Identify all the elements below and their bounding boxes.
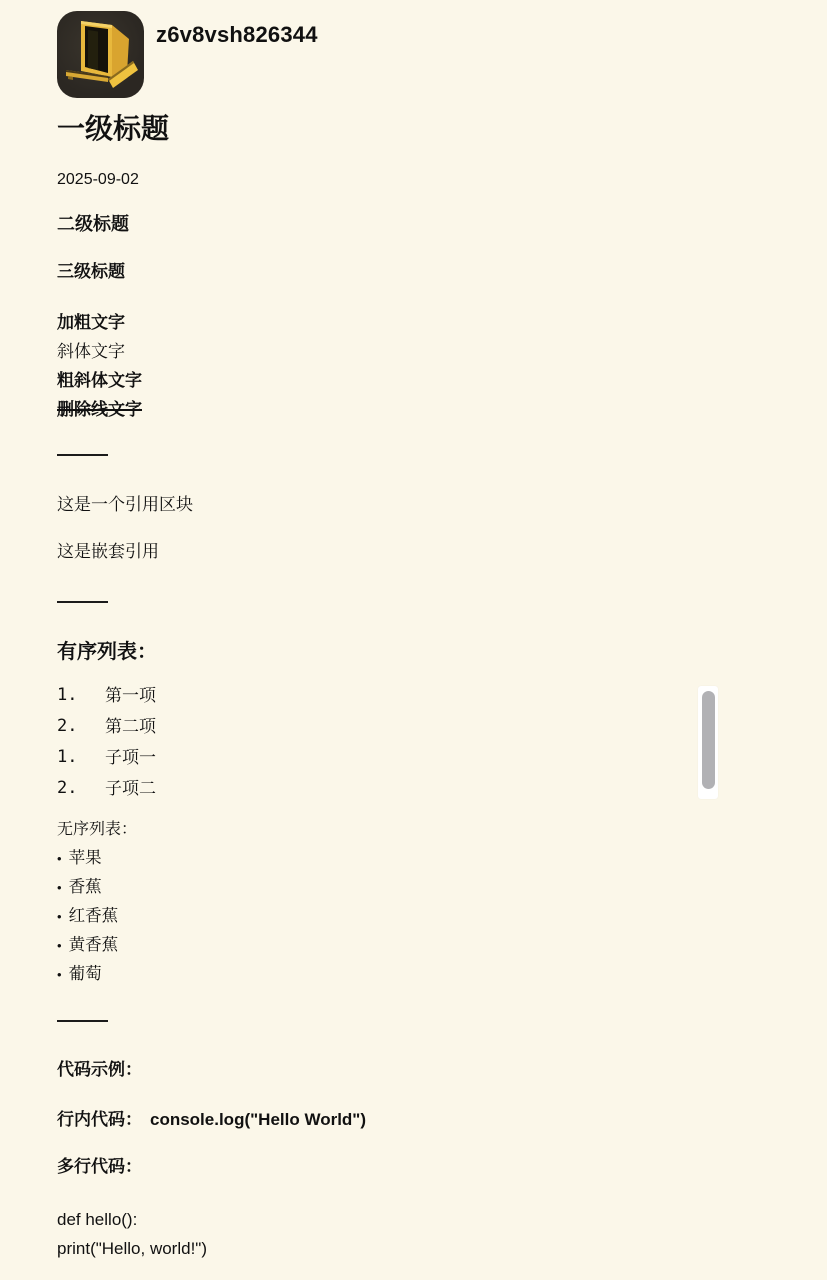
blockquote-line: 这是一个引用区块 — [57, 493, 770, 517]
list-item: • 苹果 — [57, 844, 770, 873]
bullet-icon: • — [57, 873, 62, 902]
code-section-heading: 代码示例： — [57, 1058, 770, 1082]
retro-computer-icon-art — [57, 11, 144, 98]
heading-level-2: 二级标题 — [57, 212, 770, 236]
horizontal-rule — [57, 1020, 108, 1022]
text-styles-block: 加粗文字 斜体文字 粗斜体文字 删除线文字 — [57, 308, 770, 424]
list-item-text: 子项一 — [105, 742, 156, 773]
bold-text: 加粗文字 — [57, 308, 770, 337]
inline-code-line: 行内代码：console.log("Hello World") — [57, 1108, 770, 1132]
unordered-list: • 苹果 • 香蕉 • 红香蕉 • 黄香蕉 • 葡萄 — [57, 844, 770, 989]
horizontal-rule — [57, 454, 108, 456]
list-item-text: 第二项 — [105, 711, 156, 742]
ordered-list-heading: 有序列表： — [57, 638, 770, 666]
code-block: def hello(): print("Hello, world!") — [57, 1205, 770, 1263]
note-header: z6v8vsh826344 — [57, 11, 770, 98]
date-text: 2025-09-02 — [57, 170, 770, 190]
inline-code-label: 行内代码： — [57, 1110, 142, 1129]
list-item-marker: 2. — [57, 711, 105, 742]
list-item-marker: 2. — [57, 773, 105, 804]
list-item: • 黄香蕉 — [57, 931, 770, 960]
list-item-text: 黄香蕉 — [69, 931, 119, 960]
list-item: • 红香蕉 — [57, 902, 770, 931]
italic-text: 斜体文字 — [57, 337, 770, 366]
heading-level-3: 三级标题 — [57, 260, 770, 284]
list-item-text: 子项二 — [105, 773, 156, 804]
list-item: • 香蕉 — [57, 873, 770, 902]
list-item-text: 葡萄 — [69, 960, 102, 989]
unordered-list-heading: 无序列表： — [57, 815, 770, 844]
horizontal-rule — [57, 601, 108, 603]
list-item: 1. 第一项 — [57, 680, 770, 711]
strikethrough-text: 删除线文字 — [57, 395, 770, 424]
bullet-icon: • — [57, 844, 62, 873]
list-item-marker: 1. — [57, 742, 105, 773]
bullet-icon: • — [57, 902, 62, 931]
list-item: • 葡萄 — [57, 960, 770, 989]
scrollbar-track[interactable] — [698, 686, 718, 799]
page-title: z6v8vsh826344 — [156, 21, 318, 49]
heading-level-1: 一级标题 — [57, 112, 770, 146]
list-item-text: 红香蕉 — [69, 902, 119, 931]
inline-code-text: console.log("Hello World") — [150, 1110, 366, 1129]
list-item-text: 第一项 — [105, 680, 156, 711]
bullet-icon: • — [57, 931, 62, 960]
bold-italic-text: 粗斜体文字 — [57, 366, 770, 395]
scrollbar-thumb[interactable] — [702, 691, 715, 789]
list-item: 1. 子项一 — [57, 742, 770, 773]
list-item-marker: 1. — [57, 680, 105, 711]
code-line: print("Hello, world!") — [57, 1234, 770, 1263]
list-item-text: 香蕉 — [69, 873, 102, 902]
list-item: 2. 子项二 — [57, 773, 770, 804]
nested-blockquote-line: 这是嵌套引用 — [57, 540, 770, 564]
ordered-list: 1. 第一项 2. 第二项 1. 子项一 2. 子项二 — [57, 680, 770, 804]
retro-computer-app-icon — [57, 11, 144, 98]
block-code-heading: 多行代码： — [57, 1155, 770, 1179]
bullet-icon: • — [57, 960, 62, 989]
note-page: z6v8vsh826344 一级标题 2025-09-02 二级标题 三级标题 … — [0, 0, 827, 1263]
list-item-text: 苹果 — [69, 844, 102, 873]
code-line: def hello(): — [57, 1205, 770, 1234]
list-item: 2. 第二项 — [57, 711, 770, 742]
